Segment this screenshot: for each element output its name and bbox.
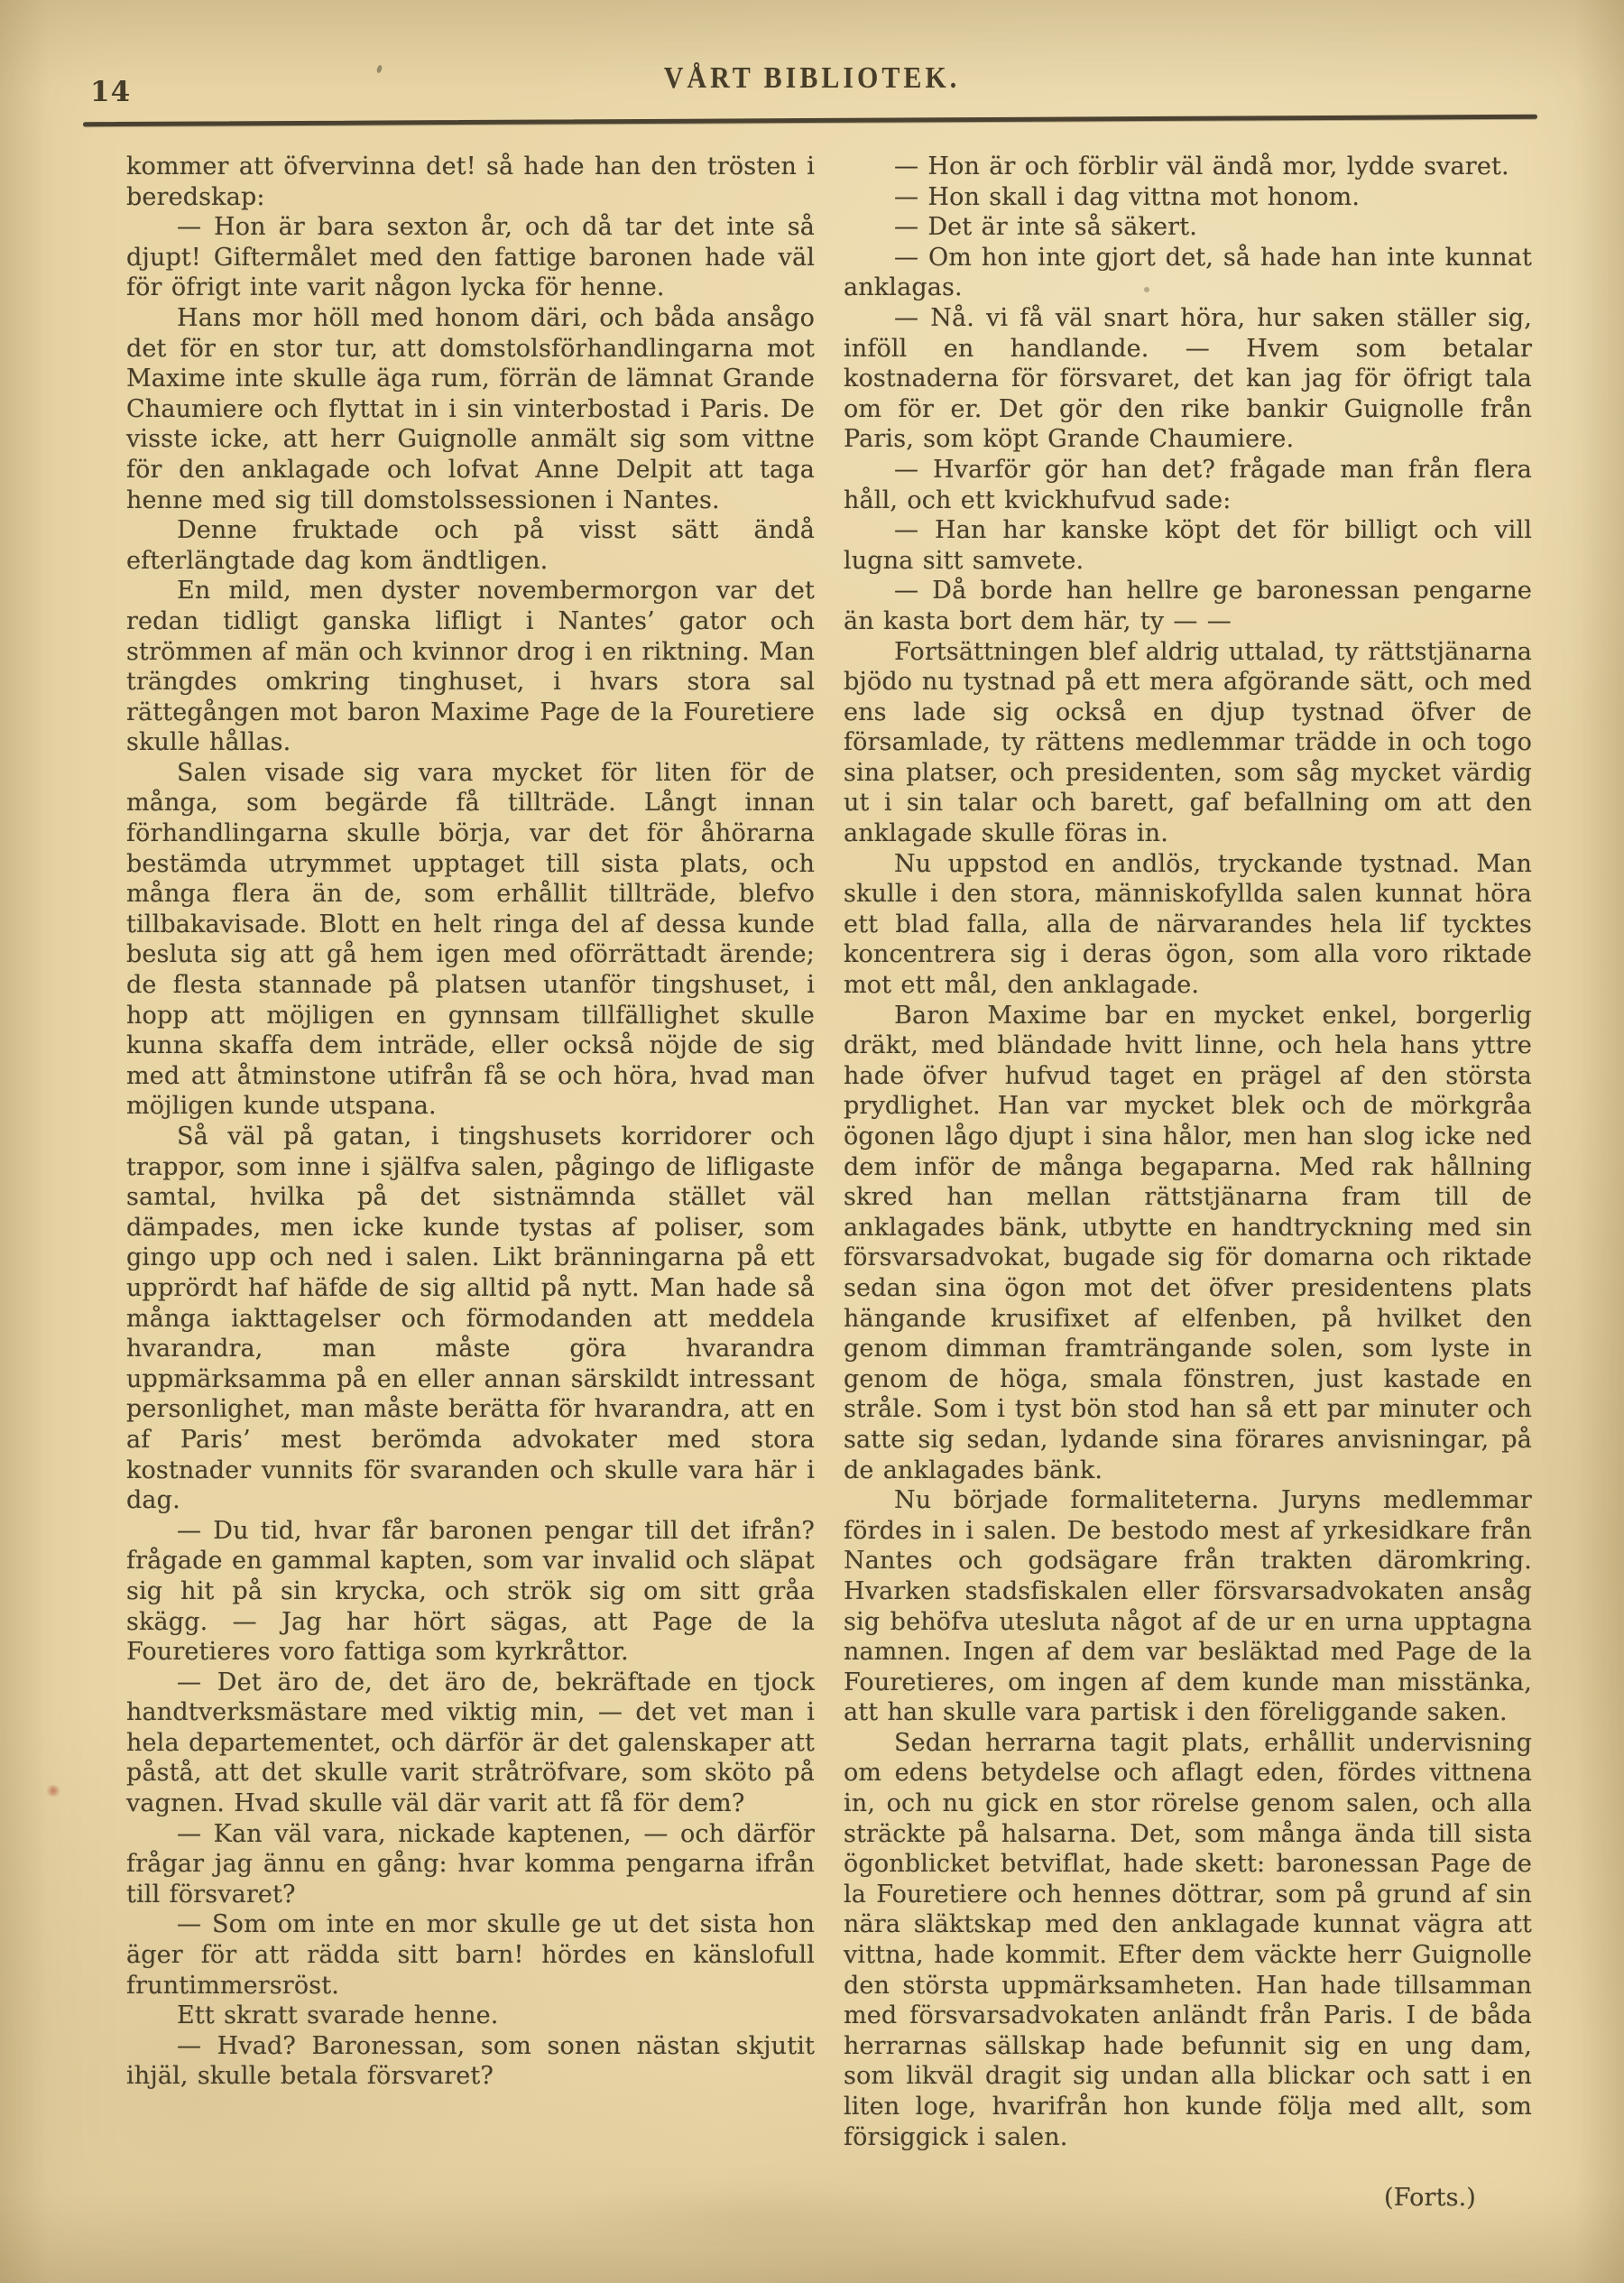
paragraph: kommer att öfvervinna det! så hade han d… [126, 152, 815, 212]
paragraph: Hans mor höll med honom däri, och båda a… [126, 303, 815, 515]
page-title: VÅRT BIBLIOTEK. [0, 61, 1624, 96]
scanned-book-page: 14 VÅRT BIBLIOTEK. kommer att öfvervinna… [0, 0, 1624, 2283]
paragraph: Sedan herrarna tagit plats, erhållit und… [844, 1728, 1532, 2152]
right-column: — Hon är och förblir väl ändå mor, lydde… [844, 152, 1532, 2214]
header-rule [83, 115, 1537, 126]
paragraph: Ett skratt svarade henne. [126, 2001, 815, 2031]
paragraph: — Hvarför gör han det? frågade man från … [844, 455, 1532, 515]
ink-stain [45, 1785, 61, 1797]
left-column: kommer att öfvervinna det! så hade han d… [126, 152, 815, 2214]
paragraph: En mild, men dyster novembermorgon var d… [126, 576, 815, 758]
paragraph: Baron Maxime bar en mycket enkel, borger… [844, 1001, 1532, 1486]
paragraph: — Det är inte så säkert. [844, 212, 1532, 243]
paragraph: — Hon är och förblir väl ändå mor, lydde… [844, 152, 1532, 182]
continuation-marker: (Forts.) [844, 2183, 1532, 2214]
paragraph: — Hvad? Baronessan, som sonen nästan skj… [126, 2031, 815, 2092]
paragraph: — Hon skall i dag vittna mot honom. [844, 182, 1532, 213]
paragraph: — Då borde han hellre ge baronessan peng… [844, 576, 1532, 636]
paragraph: Salen visade sig vara mycket för liten f… [126, 758, 815, 1122]
paragraph: — Han har kanske köpt det för billigt oc… [844, 515, 1532, 576]
paragraph: Fortsättningen blef aldrig uttalad, ty r… [844, 637, 1532, 849]
paragraph: Denne fruktade och på visst sätt ändå ef… [126, 515, 815, 576]
text-columns: kommer att öfvervinna det! så hade han d… [126, 152, 1532, 2214]
paragraph: — Det äro de, det äro de, bekräftade en … [126, 1668, 815, 1819]
paragraph: — Nå. vi få väl snart höra, hur saken st… [844, 303, 1532, 455]
paragraph: — Om hon inte gjort det, så hade han int… [844, 243, 1532, 303]
paragraph: — Hon är bara sexton år, och då tar det … [126, 212, 815, 303]
paragraph: Nu uppstod en andlös, tryckande tystnad.… [844, 849, 1532, 1001]
paragraph: Så väl på gatan, i tingshusets korridore… [126, 1122, 815, 1516]
paragraph: — Som om inte en mor skulle ge ut det si… [126, 1909, 815, 2001]
paragraph: Nu började formaliteterna. Juryns medlem… [844, 1485, 1532, 1728]
paragraph: — Du tid, hvar får baronen pengar till d… [126, 1516, 815, 1668]
paragraph: — Kan väl vara, nickade kaptenen, — och … [126, 1819, 815, 1910]
